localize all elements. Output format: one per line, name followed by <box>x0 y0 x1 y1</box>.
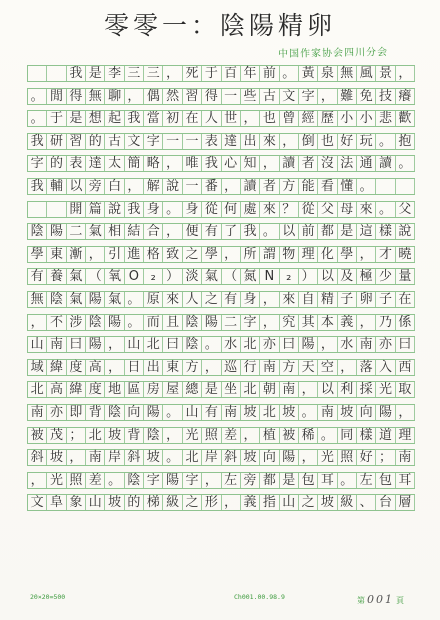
grid-cell: 樣 <box>376 224 395 239</box>
grid-cell: 二 <box>67 224 86 239</box>
grid-cell: 南 <box>47 337 66 352</box>
grid-cell: 義 <box>338 315 357 330</box>
grid-cell: 旁 <box>86 179 105 194</box>
grid-cell: 陰 <box>86 315 105 330</box>
grid-cell: 當 <box>144 111 163 126</box>
grid-cell: 得 <box>67 89 86 104</box>
grid-cell: 免 <box>357 89 376 104</box>
grid-cell: 坐 <box>222 382 241 397</box>
grid-cell: 從 <box>299 202 318 217</box>
grid-cell: 一 <box>183 179 202 194</box>
grid-cell: 高 <box>47 382 66 397</box>
grid-cell: 南 <box>357 337 376 352</box>
grid-cell: 也 <box>260 111 279 126</box>
grid-cell: 略 <box>144 156 163 171</box>
grid-cell: 。 <box>260 224 279 239</box>
grid-cell: 達 <box>222 134 241 149</box>
grid-cell: 曰 <box>396 337 415 352</box>
grid-cell: 字 <box>299 89 318 104</box>
grid-cell: 我 <box>28 134 47 149</box>
grid-cell: 讀 <box>376 156 395 171</box>
grid-cell: 我 <box>67 66 86 81</box>
grid-cell: 是 <box>202 382 221 397</box>
grid-cell: 說 <box>105 202 124 217</box>
grid-cell: 陽 <box>105 315 124 330</box>
grid-cell: 空 <box>318 360 337 375</box>
grid-cell: 開 <box>67 202 86 217</box>
grid-cell: 極 <box>357 269 376 284</box>
grid-cell: 輔 <box>47 179 66 194</box>
grid-cell: 房 <box>144 382 163 397</box>
grid-cell: 形 <box>202 495 221 510</box>
grid-cell: 字 <box>241 315 260 330</box>
grid-cell: 旁 <box>241 473 260 488</box>
grid-cell: ₂ <box>144 269 163 284</box>
manuscript-row: 開篇說我身。身從何處來？從父母來。父 <box>27 201 415 218</box>
grid-cell: 曾 <box>280 111 299 126</box>
grid-cell: ， <box>396 66 415 81</box>
grid-cell: 古 <box>105 134 124 149</box>
grid-cell: 曰 <box>67 337 86 352</box>
grid-cell: ， <box>67 450 86 465</box>
grid-cell: 悲 <box>376 111 395 126</box>
grid-cell: 的 <box>86 134 105 149</box>
grid-cell: 本 <box>318 315 337 330</box>
grid-cell: 照 <box>67 473 86 488</box>
grid-cell: 北 <box>86 428 105 443</box>
grid-cell: ， <box>163 66 182 81</box>
grid-cell: ， <box>86 247 105 262</box>
grid-cell: 南 <box>222 405 241 420</box>
grid-cell: 無 <box>28 292 47 307</box>
grid-cell: 懂 <box>338 179 357 194</box>
grid-cell: 了 <box>222 224 241 239</box>
grid-cell: 致 <box>163 247 182 262</box>
grid-cell: 以 <box>318 269 337 284</box>
grid-cell: 謂 <box>260 247 279 262</box>
grid-cell: 化 <box>318 247 337 262</box>
grid-cell: 行 <box>241 360 260 375</box>
grid-cell: 光 <box>376 382 395 397</box>
grid-cell: 在 <box>396 292 415 307</box>
grid-cell: 都 <box>260 473 279 488</box>
grid-cell: 坡 <box>241 405 260 420</box>
form-code-label: Ch001.00.98.9 <box>234 593 285 601</box>
grid-cell: 自 <box>299 292 318 307</box>
grid-cell: 理 <box>396 428 415 443</box>
grid-cell: 陽 <box>163 473 182 488</box>
grid-cell: 向 <box>125 405 144 420</box>
grid-cell: 南 <box>318 405 337 420</box>
grid-cell: 之 <box>202 292 221 307</box>
grid-cell: 南 <box>28 405 47 420</box>
grid-cell: 西 <box>396 360 415 375</box>
grid-cell: 閒 <box>47 89 66 104</box>
grid-cell: 世 <box>222 111 241 126</box>
grid-cell: 朝 <box>260 382 279 397</box>
grid-cell: ， <box>222 179 241 194</box>
grid-cell: 表 <box>67 156 86 171</box>
grid-cell: 坡 <box>280 405 299 420</box>
grid-cell: 山 <box>280 495 299 510</box>
manuscript-row: ，光照差。陰字陽字，左旁都是包耳。左包耳 <box>27 472 415 489</box>
grid-cell: 層 <box>396 495 415 510</box>
grid-cell: 泉 <box>318 66 337 81</box>
grid-cell: 陰 <box>125 473 144 488</box>
grid-cell: 進 <box>125 247 144 262</box>
grid-cell: 方 <box>183 360 202 375</box>
grid-cell: 是 <box>86 66 105 81</box>
grid-cell: 樣 <box>357 428 376 443</box>
grid-cell: 。 <box>163 202 182 217</box>
grid-cell: 歷 <box>318 111 337 126</box>
grid-cell: 子 <box>338 292 357 307</box>
grid-cell: 心 <box>222 156 241 171</box>
grid-cell: 北 <box>28 382 47 397</box>
grid-cell <box>47 66 66 81</box>
grid-cell: 曉 <box>396 247 415 262</box>
manuscript-row: 文阜象山坡的梯級之形，義指山之坡級、台層 <box>27 494 415 511</box>
grid-cell: 引 <box>105 247 124 262</box>
grid-cell: 小 <box>338 111 357 126</box>
grid-cell: 山 <box>125 337 144 352</box>
grid-cell: 北 <box>241 382 260 397</box>
grid-cell: ？ <box>280 202 299 217</box>
grid-cell: 水 <box>222 337 241 352</box>
grid-cell: 坡 <box>318 495 337 510</box>
grid-cell: ） <box>299 269 318 284</box>
grid-cell: 屋 <box>163 382 182 397</box>
grid-cell: 。 <box>357 179 376 194</box>
grid-cell: 無 <box>338 66 357 81</box>
page-title: 零零一：陰陽精卵 <box>0 6 440 42</box>
grid-cell: 來 <box>280 292 299 307</box>
grid-cell: 漸 <box>67 247 86 262</box>
grid-cell <box>47 202 66 217</box>
grid-cell: 在 <box>183 111 202 126</box>
grid-cell: 陽 <box>86 292 105 307</box>
grid-cell: 古 <box>260 89 279 104</box>
grid-cell: ， <box>260 292 279 307</box>
grid-cell: 亦 <box>376 337 395 352</box>
grid-cell: ， <box>125 89 144 104</box>
grid-cell: 岸 <box>105 450 124 465</box>
grid-cell: 象 <box>67 495 86 510</box>
grid-cell: ， <box>105 360 124 375</box>
grid-cell: 氣 <box>86 224 105 239</box>
grid-cell: 研 <box>47 134 66 149</box>
grid-cell: 度 <box>67 360 86 375</box>
grid-cell: 曰 <box>163 337 182 352</box>
grid-cell: 原 <box>144 292 163 307</box>
grid-cell: 北 <box>144 337 163 352</box>
grid-cell: 身 <box>183 202 202 217</box>
grid-cell: 地 <box>105 382 124 397</box>
grid-cell: 這 <box>357 224 376 239</box>
grid-cell: 我 <box>125 111 144 126</box>
grid-cell: 所 <box>241 247 260 262</box>
grid-cell: 台 <box>376 495 395 510</box>
grid-cell: 卵 <box>357 292 376 307</box>
grid-cell: 亦 <box>260 337 279 352</box>
grid-cell: 氣 <box>202 269 221 284</box>
grid-cell: 採 <box>357 382 376 397</box>
grid-cell: 簡 <box>125 156 144 171</box>
grid-cell: ， <box>202 360 221 375</box>
grid-cell: ， <box>222 247 241 262</box>
grid-cell: 以 <box>318 382 337 397</box>
grid-cell: 是 <box>67 111 86 126</box>
grid-cell: 出 <box>144 360 163 375</box>
grid-cell: 來 <box>260 134 279 149</box>
grid-cell: 南 <box>280 382 299 397</box>
grid-cell: 高 <box>86 360 105 375</box>
grid-cell: ， <box>299 382 318 397</box>
grid-cell: 人 <box>183 292 202 307</box>
grid-cell: 經 <box>299 111 318 126</box>
page-number: 001 <box>367 593 394 606</box>
grid-cell: 東 <box>163 360 182 375</box>
grid-cell: 二 <box>222 315 241 330</box>
grid-cell: 。 <box>338 473 357 488</box>
grid-cell: 三 <box>125 66 144 81</box>
grid-cell: 三 <box>144 66 163 81</box>
grid-cell: 都 <box>318 224 337 239</box>
grid-cell: 父 <box>318 202 337 217</box>
grid-cell: 者 <box>299 156 318 171</box>
grid-cell: 且 <box>163 315 182 330</box>
grid-cell: 道 <box>376 428 395 443</box>
grid-cell: 坡 <box>241 450 260 465</box>
grid-cell: 技 <box>376 89 395 104</box>
grid-cell: 有 <box>222 292 241 307</box>
grid-cell: 黃 <box>299 66 318 81</box>
grid-cell: 落 <box>357 360 376 375</box>
grid-cell: 斜 <box>125 450 144 465</box>
manuscript-row: 。于是想起我當初在人世，也曾經歷小小悲歡 <box>27 110 415 127</box>
grid-cell: ， <box>105 337 124 352</box>
grid-cell: 南 <box>396 450 415 465</box>
grid-cell: 字 <box>28 156 47 171</box>
grid-cell: 唯 <box>183 156 202 171</box>
grid-cell: 精 <box>318 292 337 307</box>
grid-cell: 度 <box>86 382 105 397</box>
grid-cell: 、 <box>357 495 376 510</box>
grid-cell: 山 <box>86 495 105 510</box>
grid-cell: ， <box>338 360 357 375</box>
grid-cell: 文 <box>28 495 47 510</box>
manuscript-row: ，不涉陰陽。而且陰陽二字，究其本義，乃係 <box>27 314 415 331</box>
grid-cell: 得 <box>202 89 221 104</box>
grid-cell: ） <box>163 269 182 284</box>
grid-cell: ； <box>376 450 395 465</box>
grid-cell: 于 <box>47 111 66 126</box>
grid-cell: 文 <box>125 134 144 149</box>
grid-cell: 包 <box>299 473 318 488</box>
grid-cell: ， <box>318 337 337 352</box>
grid-cell: 。 <box>125 315 144 330</box>
grid-cell: 一 <box>222 89 241 104</box>
grid-cell: 初 <box>163 111 182 126</box>
grid-cell: 身 <box>144 202 163 217</box>
grid-cell: 差 <box>222 428 241 443</box>
grid-cell: ， <box>299 450 318 465</box>
grid-cell: 養 <box>47 269 66 284</box>
grid-cell: 來 <box>260 202 279 217</box>
grid-cell: 學 <box>28 247 47 262</box>
grid-cell: 照 <box>338 450 357 465</box>
grid-cell: ， <box>241 111 260 126</box>
grid-cell: N <box>260 269 279 284</box>
grid-cell: 習 <box>183 89 202 104</box>
grid-cell: 父 <box>396 202 415 217</box>
grid-cell: 也 <box>318 134 337 149</box>
grid-cell: ， <box>222 495 241 510</box>
grid-cell: （ <box>86 269 105 284</box>
grid-cell: 從 <box>202 202 221 217</box>
grid-cell: 涉 <box>67 315 86 330</box>
grid-cell: 被 <box>280 428 299 443</box>
grid-cell: 總 <box>183 382 202 397</box>
grid-cell: 陽 <box>86 337 105 352</box>
manuscript-row: 陰陽二氣相結合，便有了我。以前都是這樣說 <box>27 223 415 240</box>
grid-cell: ， <box>318 89 337 104</box>
grid-cell: 坡 <box>105 495 124 510</box>
grid-cell: 北 <box>241 337 260 352</box>
grid-cell: 區 <box>125 382 144 397</box>
manuscript-row: 字的表達太簡略，唯我心知，讀者沒法通讀。 <box>27 155 415 172</box>
grid-cell: 氣 <box>105 292 124 307</box>
grid-cell: 坡 <box>105 428 124 443</box>
grid-cell: 然 <box>163 89 182 104</box>
manuscript-row: 我是李三三，死于百年前。黃泉無風景， <box>27 65 415 82</box>
grid-cell: 陽 <box>376 405 395 420</box>
grid-cell: 達 <box>86 156 105 171</box>
grid-cell: 來 <box>163 292 182 307</box>
grid-cell: 耳 <box>318 473 337 488</box>
grid-cell: 的 <box>125 495 144 510</box>
grid-cell: 年 <box>241 66 260 81</box>
grid-cell: 。 <box>318 428 337 443</box>
grid-cell: ₂ <box>280 269 299 284</box>
grid-cell: 陰 <box>183 337 202 352</box>
grid-cell: 乃 <box>376 315 395 330</box>
grid-cell: 陰 <box>105 405 124 420</box>
grid-cell: 斜 <box>222 450 241 465</box>
grid-cell: 倒 <box>299 134 318 149</box>
grid-cell: 茂 <box>47 428 66 443</box>
grid-cell: 巡 <box>222 360 241 375</box>
grid-cell: 看 <box>318 179 337 194</box>
grid-cell: 人 <box>202 111 221 126</box>
grid-cell: 坡 <box>144 450 163 465</box>
grid-cell: 背 <box>86 405 105 420</box>
grid-cell: 以 <box>280 224 299 239</box>
manuscript-row: 我研習的古文字一一表達出來，倒也好玩。抱 <box>27 133 415 150</box>
grid-cell: 想 <box>86 111 105 126</box>
grid-cell: 斜 <box>28 450 47 465</box>
grid-cell: 便 <box>183 224 202 239</box>
grid-cell: 習 <box>67 134 86 149</box>
grid-cell: 即 <box>67 405 86 420</box>
grid-cell: O <box>125 269 144 284</box>
grid-cell: 入 <box>376 360 395 375</box>
grid-cell: 之 <box>183 247 202 262</box>
grid-cell: 光 <box>47 473 66 488</box>
grid-cell: 有 <box>202 405 221 420</box>
grid-cell: 我 <box>241 224 260 239</box>
grid-cell: 死 <box>183 66 202 81</box>
grid-cell: 是 <box>280 473 299 488</box>
grid-cell: 來 <box>357 202 376 217</box>
grid-cell: 北 <box>183 450 202 465</box>
grid-cell: 方 <box>280 179 299 194</box>
grid-cell: 左 <box>357 473 376 488</box>
grid-cell <box>28 66 47 81</box>
grid-cell: 番 <box>202 179 221 194</box>
grid-cell: 讀 <box>241 179 260 194</box>
grid-cell <box>396 179 415 194</box>
grid-cell: 背 <box>125 428 144 443</box>
grid-cell: 級 <box>163 495 182 510</box>
grid-cell: ， <box>28 473 47 488</box>
grid-cell: 方 <box>280 360 299 375</box>
grid-cell: 氣 <box>67 269 86 284</box>
manuscript-row: 斜坡，南岸斜坡。北岸斜坡向陽，光照好；南 <box>27 449 415 466</box>
grid-cell: ， <box>28 315 47 330</box>
grid-cell: ， <box>202 473 221 488</box>
grid-cell: ， <box>163 156 182 171</box>
grid-cell: 緯 <box>47 360 66 375</box>
grid-cell: 天 <box>299 360 318 375</box>
grid-cell: 梯 <box>144 495 163 510</box>
grid-cell: 。 <box>28 111 47 126</box>
grid-cell: 學 <box>338 247 357 262</box>
grid-cell: 有 <box>28 269 47 284</box>
grid-cell: 知 <box>241 156 260 171</box>
grid-cell: 無 <box>86 89 105 104</box>
grid-cell: 陰 <box>144 428 163 443</box>
grid-cell: 少 <box>376 269 395 284</box>
grid-cell: 。 <box>163 450 182 465</box>
manuscript-row: 山南曰陽，山北曰陰。水北亦曰陽，水南亦曰 <box>27 336 415 353</box>
grid-cell: 光 <box>183 428 202 443</box>
grid-cell: ， <box>163 428 182 443</box>
grid-cell: 以 <box>67 179 86 194</box>
grid-cell: 及 <box>338 269 357 284</box>
grid-cell: 我 <box>28 179 47 194</box>
grid-cell: 難 <box>338 89 357 104</box>
grid-cell: 植 <box>260 428 279 443</box>
grid-cell: 合 <box>144 224 163 239</box>
grid-cell: 利 <box>338 382 357 397</box>
grid-cell: 。 <box>299 405 318 420</box>
grid-cell: 結 <box>125 224 144 239</box>
manuscript-row: 。閒得無聊，偶然習得一些古文字，難免技癢 <box>27 88 415 105</box>
grid-cell: 李 <box>105 66 124 81</box>
grid-cell: 前 <box>299 224 318 239</box>
grid-cell: 岸 <box>202 450 221 465</box>
grid-cell: 文 <box>280 89 299 104</box>
grid-cell: 百 <box>222 66 241 81</box>
grid-cell: 同 <box>338 428 357 443</box>
grid-cell: 前 <box>260 66 279 81</box>
grid-cell: 照 <box>202 428 221 443</box>
writers-association-stamp: 中国作家协会四川分会 <box>278 43 388 60</box>
grid-cell: 于 <box>202 66 221 81</box>
grid-cell: 緯 <box>67 382 86 397</box>
grid-cell: 係 <box>396 315 415 330</box>
